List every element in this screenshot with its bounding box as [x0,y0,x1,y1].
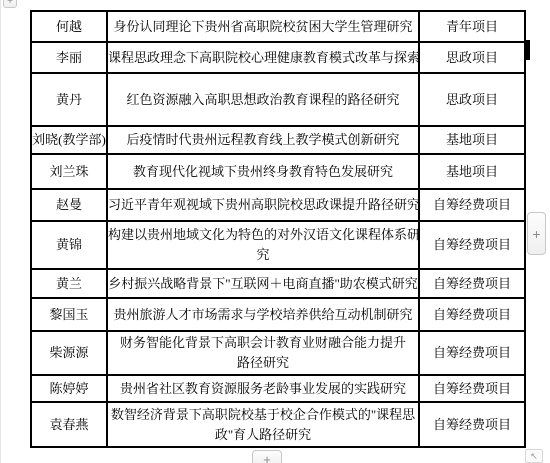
table-cell-title[interactable]: 构建以贵州地域文化为特色的对外汉语文化课程体系研 究 [107,221,419,269]
table-row: 李丽 课程思政理念下高职院校心理健康教育模式改革与探索 思政项目 [31,42,525,73]
table-row: 赵曼 习近平青年观视域下贵州高职院校思政课提升路径研究 自筹经费项目 [31,189,525,221]
table-cell-type[interactable]: 青年项目 [419,11,525,42]
table-cell-name[interactable]: 黎国玉 [31,298,107,331]
table-cell-title[interactable]: 贵州旅游人才市场需求与学校培养供给互动机制研究 [107,298,419,331]
table-cell-type[interactable]: 自筹经费项目 [419,375,525,402]
table-cell-name[interactable]: 何越 [31,11,107,42]
plus-icon: + [7,0,13,7]
plus-icon: + [263,452,271,463]
table-cell-type[interactable]: 自筹经费项目 [419,298,525,331]
table-cell-name[interactable]: 赵曼 [31,189,107,221]
table-cell-name[interactable]: 刘兰珠 [31,154,107,189]
plus-icon: + [532,226,540,242]
table-cell-title[interactable]: 数智经济背景下高职院校基于校企合作模式的"课程思 政"育人路径研究 [107,402,419,447]
arrow-up-left-icon: ↖ [530,451,538,462]
table-cell-type[interactable]: 基地项目 [419,154,525,189]
table-row: 黄丹 红色资源融入高职思想政治教育课程的路径研究 思政项目 [31,73,525,126]
table-cell-title[interactable]: 乡村振兴战略背景下"互联网＋电商直播"助农模式研究 [107,269,419,298]
table-row: 黎国玉 贵州旅游人才市场需求与学校培养供给互动机制研究 自筹经费项目 [31,298,525,331]
table-cell-name[interactable]: 陈婷婷 [31,375,107,402]
table-cell-title[interactable]: 身份认同理论下贵州省高职院校贫困大学生管理研究 [107,11,419,42]
table-cell-title[interactable]: 习近平青年观视域下贵州高职院校思政课提升路径研究 [107,189,419,221]
table-handle-button[interactable]: + [3,0,17,8]
table-resize-handle[interactable]: ↖ [525,449,543,463]
table-row: 陈婷婷 贵州省社区教育资源服务老龄事业发展的实践研究 自筹经费项目 [31,375,525,402]
table-row: 刘兰珠 教育现代化视域下贵州终身教育特色发展研究 基地项目 [31,154,525,189]
table-cell-name[interactable]: 刘晓(教学部) [31,126,107,154]
table-cell-title[interactable]: 财务智能化背景下高职会计教育业财融合能力提升 路径研究 [107,331,419,375]
table-cell-name[interactable]: 李丽 [31,42,107,73]
table-cell-title[interactable]: 后疫情时代贵州远程教育线上教学模式创新研究 [107,126,419,154]
table-cell-title[interactable]: 红色资源融入高职思想政治教育课程的路径研究 [107,73,419,126]
table-cell-name[interactable]: 黄丹 [31,73,107,126]
insert-row-button[interactable]: + [252,450,282,463]
text-cursor [524,40,530,60]
table-cell-type[interactable]: 自筹经费项目 [419,189,525,221]
table-cell-name[interactable]: 柴源源 [31,331,107,375]
table-cell-name[interactable]: 黄锦 [31,221,107,269]
table-cell-type[interactable]: 思政项目 [419,42,525,73]
table-cell-type[interactable]: 自筹经费项目 [419,402,525,447]
table-cell-name[interactable]: 黄兰 [31,269,107,298]
table-cell-type[interactable]: 自筹经费项目 [419,221,525,269]
table-cell-title[interactable]: 课程思政理念下高职院校心理健康教育模式改革与探索 [107,42,419,73]
table-row: 柴源源 财务智能化背景下高职会计教育业财融合能力提升 路径研究 自筹经费项目 [31,331,525,375]
table-cell-title[interactable]: 教育现代化视域下贵州终身教育特色发展研究 [107,154,419,189]
table-row: 黄兰 乡村振兴战略背景下"互联网＋电商直播"助农模式研究 自筹经费项目 [31,269,525,298]
table-row: 黄锦 构建以贵州地域文化为特色的对外汉语文化课程体系研 究 自筹经费项目 [31,221,525,269]
table-row: 袁春燕 数智经济背景下高职院校基于校企合作模式的"课程思 政"育人路径研究 自筹… [31,402,525,447]
table-row: 何越 身份认同理论下贵州省高职院校贫困大学生管理研究 青年项目 [31,11,525,42]
document-page: { "table": { "rows": [ { "name": "何越", "… [0,0,550,463]
projects-table: 何越 身份认同理论下贵州省高职院校贫困大学生管理研究 青年项目 李丽 课程思政理… [30,10,526,448]
table-cell-type[interactable]: 自筹经费项目 [419,269,525,298]
insert-column-button[interactable]: + [527,212,546,255]
table-cell-type[interactable]: 自筹经费项目 [419,331,525,375]
table-cell-type[interactable]: 思政项目 [419,73,525,126]
table-cell-name[interactable]: 袁春燕 [31,402,107,447]
page-left-edge [0,0,1,463]
table-cell-title[interactable]: 贵州省社区教育资源服务老龄事业发展的实践研究 [107,375,419,402]
table-row: 刘晓(教学部) 后疫情时代贵州远程教育线上教学模式创新研究 基地项目 [31,126,525,154]
table-cell-type[interactable]: 基地项目 [419,126,525,154]
